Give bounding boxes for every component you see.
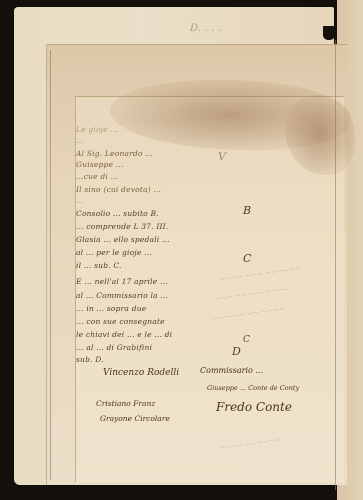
signature: Cristiano Franz [96,399,155,408]
text-line: Glasia ... ello spedali ... [76,236,170,244]
text-line: al ... per le gioje ... [76,249,152,257]
text-line: il ... sub. C. [76,262,122,270]
text-line: ... con sue consegnate [76,318,165,326]
text-line: Il sino (cui devota) ... [76,186,161,194]
text-line: E ... nell'al 17 aprile ... [76,278,168,286]
text-line: Al Sig. Leonardo ... [76,150,153,158]
text-line: ... [76,197,84,205]
text-line: Guiseppe ... [76,161,123,169]
fold-line [335,40,336,490]
margin-mark: C [243,335,250,345]
text-line: Le gioje ... [76,126,118,134]
fold-line [50,50,51,480]
text-line: al ... Commissario la ... [76,292,168,300]
text-line: Consolio ... subito B. [76,210,159,218]
text-line: ... comprende L 37. III. [76,223,168,231]
text-line: ... [76,137,84,145]
sheet-tear [323,26,335,40]
text-line: ... in ... sopra due [76,305,146,313]
signature: Grayone Circolare [100,414,170,423]
signature: Giuseppe ... Conte de Conty [207,384,299,392]
scan-background: D. . . . ~~~~ ~~~ ~~~~~~ ~~~ ~~~~~ ~~~~ … [0,0,363,500]
margin-mark: V [218,150,226,163]
text-line: ... al ... di Grabifini [76,344,152,352]
header-scribble: D. . . . [190,24,222,34]
margin-mark: B [243,204,251,217]
margin-mark: C [243,252,251,265]
signature: Fredo Conte [216,400,292,414]
text-line: ...cue di ... [76,173,118,181]
text-line: sub. D. [76,356,104,364]
signature: Vincenzo Rodelli [103,368,179,378]
margin-mark: D [232,345,241,358]
signature: Commissario ... [200,366,263,375]
text-line: le chiavi dei ... e le ... di [76,331,172,339]
